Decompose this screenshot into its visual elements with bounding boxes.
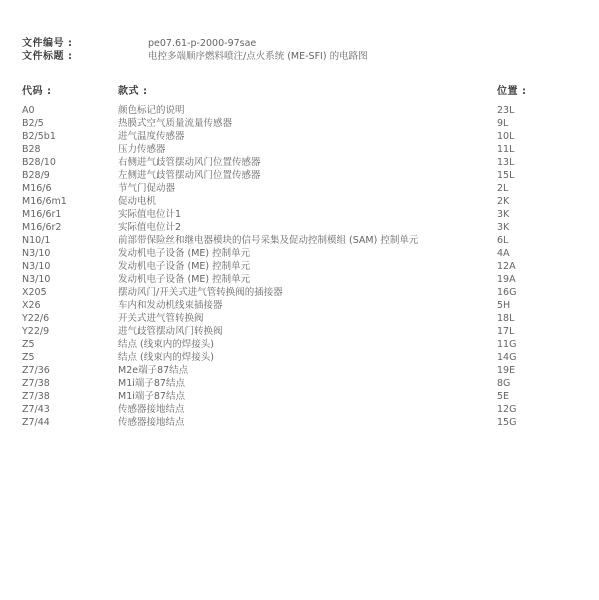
row-pos: 15L — [497, 169, 582, 182]
row-pos: 2K — [497, 195, 582, 208]
row-desc: 发动机电子设备 (ME) 控制单元 — [118, 247, 497, 260]
row-desc: 压力传感器 — [118, 143, 497, 156]
table-row: A0颜色标记的说明23L — [22, 104, 582, 117]
row-desc: 颜色标记的说明 — [118, 104, 497, 117]
row-code: B2/5 — [22, 117, 118, 130]
table-row: M16/6m1促动电机2K — [22, 195, 582, 208]
table-header: 代码 : 款式 : 位置 : — [22, 82, 582, 97]
row-desc: M2e端子87结点 — [118, 364, 497, 377]
table-row: B2/5热膜式空气质量流量传感器9L — [22, 117, 582, 130]
row-pos: 12G — [497, 403, 582, 416]
row-code: A0 — [22, 104, 118, 117]
row-code: M16/6r1 — [22, 208, 118, 221]
row-pos: 19A — [497, 273, 582, 286]
row-pos: 2L — [497, 182, 582, 195]
row-pos: 5H — [497, 299, 582, 312]
row-desc: 左侧进气歧管摆动风门位置传感器 — [118, 169, 497, 182]
row-code: B2/5b1 — [22, 130, 118, 143]
row-code: Z7/38 — [22, 377, 118, 390]
row-pos: 9L — [497, 117, 582, 130]
row-pos: 10L — [497, 130, 582, 143]
table-row: Z5结点 (线束内的焊接头)14G — [22, 351, 582, 364]
file-title-label: 文件标题 : — [22, 47, 148, 62]
row-pos: 14G — [497, 351, 582, 364]
table-row: Z7/36M2e端子87结点19E — [22, 364, 582, 377]
table-row: Y22/6开关式进气管转换阀18L — [22, 312, 582, 325]
row-desc: 结点 (线束内的焊接头) — [118, 351, 497, 364]
table-row: Z7/44传感器接地结点15G — [22, 416, 582, 429]
row-code: Z5 — [22, 338, 118, 351]
table-row: X26车内和发动机线束插接器5H — [22, 299, 582, 312]
row-pos: 16G — [497, 286, 582, 299]
table-row: Y22/9进气歧管摆动风门转换阀17L — [22, 325, 582, 338]
row-code: Z7/43 — [22, 403, 118, 416]
row-desc: 右侧进气歧管摆动风门位置传感器 — [118, 156, 497, 169]
row-desc: 车内和发动机线束插接器 — [118, 299, 497, 312]
column-header-style: 款式 : — [118, 82, 497, 97]
table-row: Z5结点 (线束内的焊接头)11G — [22, 338, 582, 351]
table-row: N3/10发动机电子设备 (ME) 控制单元19A — [22, 273, 582, 286]
row-desc: 开关式进气管转换阀 — [118, 312, 497, 325]
row-code: Z7/38 — [22, 390, 118, 403]
table-row: X205摆动风门/开关式进气管转换阀的插接器16G — [22, 286, 582, 299]
row-code: M16/6m1 — [22, 195, 118, 208]
row-pos: 23L — [497, 104, 582, 117]
row-desc: 摆动风门/开关式进气管转换阀的插接器 — [118, 286, 497, 299]
row-pos: 13L — [497, 156, 582, 169]
row-pos: 12A — [497, 260, 582, 273]
row-code: N10/1 — [22, 234, 118, 247]
table-row: N3/10发动机电子设备 (ME) 控制单元12A — [22, 260, 582, 273]
row-desc: M1i端子87结点 — [118, 390, 497, 403]
row-pos: 18L — [497, 312, 582, 325]
row-code: N3/10 — [22, 260, 118, 273]
row-code: X26 — [22, 299, 118, 312]
row-desc: 结点 (线束内的焊接头) — [118, 338, 497, 351]
table-row: N3/10发动机电子设备 (ME) 控制单元4A — [22, 247, 582, 260]
document-header: 文件编号 : pe07.61-p-2000-97sae 文件标题 : 电控多端顺… — [22, 34, 368, 60]
row-pos: 6L — [497, 234, 582, 247]
row-desc: 热膜式空气质量流量传感器 — [118, 117, 497, 130]
table-row: Z7/43传感器接地结点12G — [22, 403, 582, 416]
row-pos: 3K — [497, 221, 582, 234]
row-code: M16/6r2 — [22, 221, 118, 234]
row-desc: 促动电机 — [118, 195, 497, 208]
row-code: X205 — [22, 286, 118, 299]
document-page: 文件编号 : pe07.61-p-2000-97sae 文件标题 : 电控多端顺… — [0, 0, 599, 600]
row-desc: 传感器接地结点 — [118, 416, 497, 429]
row-code: B28/9 — [22, 169, 118, 182]
row-desc: 进气温度传感器 — [118, 130, 497, 143]
row-desc: 实际值电位计1 — [118, 208, 497, 221]
row-pos: 4A — [497, 247, 582, 260]
table-row: N10/1前部带保险丝和继电器模块的信号采集及促动控制模组 (SAM) 控制单元… — [22, 234, 582, 247]
row-desc: 进气歧管摆动风门转换阀 — [118, 325, 497, 338]
row-desc: 实际值电位计2 — [118, 221, 497, 234]
row-pos: 11L — [497, 143, 582, 156]
row-code: B28 — [22, 143, 118, 156]
table-row: M16/6r2实际值电位计23K — [22, 221, 582, 234]
row-desc: 发动机电子设备 (ME) 控制单元 — [118, 273, 497, 286]
row-pos: 19E — [497, 364, 582, 377]
row-pos: 3K — [497, 208, 582, 221]
table-row: B28/9左侧进气歧管摆动风门位置传感器15L — [22, 169, 582, 182]
table-row: Z7/38M1i端子87结点8G — [22, 377, 582, 390]
row-code: Y22/6 — [22, 312, 118, 325]
row-code: M16/6 — [22, 182, 118, 195]
row-code: Z7/36 — [22, 364, 118, 377]
row-code: N3/10 — [22, 273, 118, 286]
row-desc: 节气门促动器 — [118, 182, 497, 195]
row-desc: 前部带保险丝和继电器模块的信号采集及促动控制模组 (SAM) 控制单元 — [118, 234, 497, 247]
row-desc: 传感器接地结点 — [118, 403, 497, 416]
table-row: B2/5b1进气温度传感器10L — [22, 130, 582, 143]
row-pos: 5E — [497, 390, 582, 403]
column-header-position: 位置 : — [497, 82, 582, 97]
row-pos: 15G — [497, 416, 582, 429]
row-code: Y22/9 — [22, 325, 118, 338]
table-row: M16/6节气门促动器2L — [22, 182, 582, 195]
row-pos: 8G — [497, 377, 582, 390]
column-header-code: 代码 : — [22, 82, 118, 97]
table-row: M16/6r1实际值电位计13K — [22, 208, 582, 221]
row-desc: M1i端子87结点 — [118, 377, 497, 390]
row-code: Z5 — [22, 351, 118, 364]
row-code: Z7/44 — [22, 416, 118, 429]
row-code: B28/10 — [22, 156, 118, 169]
row-pos: 11G — [497, 338, 582, 351]
table-row: Z7/38M1i端子87结点5E — [22, 390, 582, 403]
row-code: N3/10 — [22, 247, 118, 260]
table-body: A0颜色标记的说明23LB2/5热膜式空气质量流量传感器9LB2/5b1进气温度… — [22, 104, 582, 429]
table-row: B28/10右侧进气歧管摆动风门位置传感器13L — [22, 156, 582, 169]
row-pos: 17L — [497, 325, 582, 338]
table-row: B28压力传感器11L — [22, 143, 582, 156]
row-desc: 发动机电子设备 (ME) 控制单元 — [118, 260, 497, 273]
file-title-value: 电控多端顺序燃料喷注/点火系统 (ME-SFI) 的电路图 — [148, 48, 368, 62]
